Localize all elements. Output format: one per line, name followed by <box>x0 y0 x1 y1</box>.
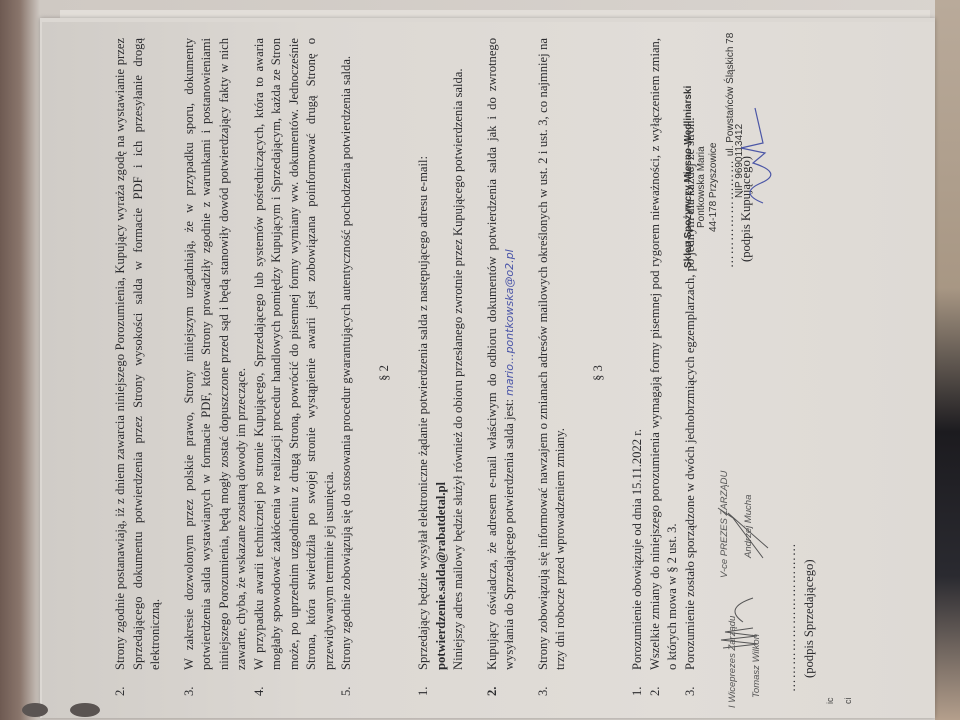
list-item: 4.W przypadku awarii technicznej po stro… <box>251 38 339 708</box>
item-text: W przypadku awarii technicznej po stroni… <box>252 38 336 670</box>
item-number: 1. <box>415 687 433 696</box>
item-number: 3. <box>535 687 553 696</box>
item-number: 5. <box>338 687 356 696</box>
seller-signature-scribble <box>713 498 773 658</box>
item-number: 2. <box>647 687 665 696</box>
item-number: 3. <box>682 687 700 696</box>
item-number: 2. <box>112 687 130 696</box>
signature-label: (podpis Sprzedającego) <box>801 458 819 678</box>
binder-hole <box>70 703 100 717</box>
seller-email: potwierdzenie.salda@rabatdetal.pl <box>434 482 448 670</box>
intro-list: 2.Strony zgodnie postanawiają, iż z dnie… <box>112 38 356 708</box>
page-marker: ic ci <box>822 698 857 705</box>
item-number: 2. <box>484 687 502 696</box>
buyer-signature-block: Sklep Spożywczy Mięsno-Wędliniarski Pont… <box>683 28 756 268</box>
item-text: Porozumienie obowiązuje od dnia 15.11.20… <box>630 429 644 670</box>
item-text: Sprzedający będzie wysyłał elektroniczne… <box>416 156 430 670</box>
list-item: 1. Sprzedający będzie wysyłał elektronic… <box>415 38 468 708</box>
signature-area: I Wiceprezes Zarządu Tomasz Wilkoń V-ce … <box>713 38 863 708</box>
item-text: Strony zgodnie zobowiązują się do stosow… <box>339 56 353 670</box>
binder-hole <box>22 703 48 717</box>
list-item: 2.Strony zgodnie postanawiają, iż z dnie… <box>112 38 165 708</box>
buyer-signature-scribble <box>733 98 773 208</box>
item-number: 4. <box>251 687 269 696</box>
item-text: Niniejszy adres mailowy będzie służył ró… <box>451 69 465 670</box>
item-text: W zakresie dozwolonym przez polskie praw… <box>182 38 249 670</box>
stamp-line: 44-178 Przyszowice <box>708 28 721 268</box>
seller-signature-block: I Wiceprezes Zarządu Tomasz Wilkoń V-ce … <box>713 458 818 708</box>
list-item: 2. Kupujący oświadcza, że adresem e-mail… <box>484 38 519 708</box>
item-text: Strony zobowiązują się informować nawzaj… <box>536 38 568 670</box>
list-item: 2.Wszelkie zmiany do niniejszego porozum… <box>647 38 682 708</box>
stamp-line: Sklep Spożywczy Mięsno-Wędliniarski <box>683 28 696 268</box>
signature-dots: …………………………… <box>783 458 801 692</box>
section-3-title: § 3 <box>590 38 608 708</box>
item-number: 3. <box>181 687 199 696</box>
background-right <box>935 0 960 720</box>
section-2-title: § 2 <box>376 38 394 708</box>
item-text: Wszelkie zmiany do niniejszego porozumie… <box>648 38 680 670</box>
list-item: 3.W zakresie dozwolonym przez polskie pr… <box>181 38 251 708</box>
item-text: Strony zgodnie postanawiają, iż z dniem … <box>113 38 162 670</box>
document-photo: 2.Strony zgodnie postanawiają, iż z dnie… <box>42 22 935 718</box>
handwritten-email: mario...pontkowska@o2.pl <box>503 249 516 395</box>
stamp-line: Pontkowska Maria <box>696 28 709 268</box>
document-content: 2.Strony zgodnie postanawiają, iż z dnie… <box>112 38 863 708</box>
section-2-list: 1. Sprzedający będzie wysyłał elektronic… <box>415 38 570 708</box>
item-number: 1. <box>629 687 647 696</box>
document-page: 2.Strony zgodnie postanawiają, iż z dnie… <box>42 22 935 718</box>
list-item: 5.Strony zgodnie zobowiązują się do stos… <box>338 38 356 708</box>
list-item: 3. Strony zobowiązują się informować naw… <box>535 38 570 708</box>
list-item: 1.Porozumienie obowiązuje od dnia 15.11.… <box>629 38 647 708</box>
